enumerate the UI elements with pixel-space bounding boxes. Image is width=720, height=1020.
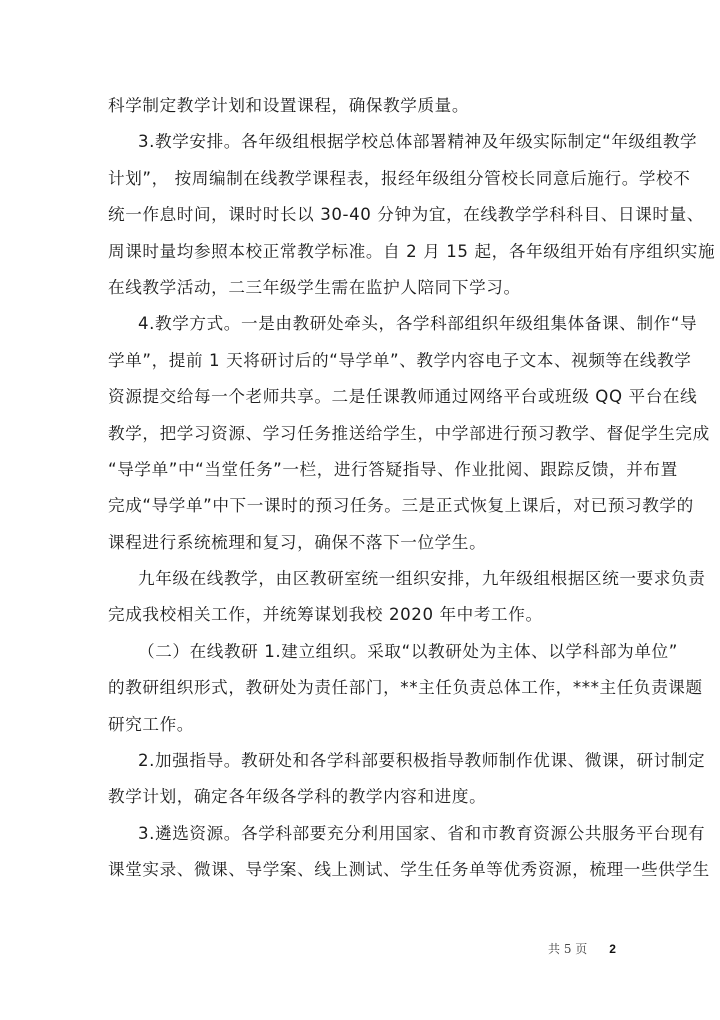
text-line: 3.教学安排。各年级组根据学校总体部署精神及年级实际制定“年级组教学 [108, 124, 580, 160]
text-line: 的教研组织形式，教研处为责任部门，**主任负责总体工作，***主任负责课题 [108, 670, 580, 706]
text-line: 统一作息时间，课时时长以 30-40 分钟为宜，在线教学学科科目、日课时量、 [108, 197, 580, 233]
text-line: 教学计划，确定各年级各学科的教学内容和进度。 [108, 779, 580, 815]
text-line: 科学制定教学计划和设置课程，确保教学质量。 [108, 88, 580, 124]
document-page: 科学制定教学计划和设置课程，确保教学质量。3.教学安排。各年级组根据学校总体部署… [0, 0, 720, 1020]
text-line: 教学，把学习资源、学习任务推送给学生，中学部进行预习教学、督促学生完成 [108, 416, 580, 452]
text-line: 课程进行系统梳理和复习，确保不落下一位学生。 [108, 525, 580, 561]
text-line: 2.加强指导。教研处和各学科部要积极指导教师制作优课、微课，研讨制定 [108, 743, 580, 779]
text-line: 资源提交给每一个老师共享。二是任课教师通过网络平台或班级 QQ 平台在线 [108, 379, 580, 415]
text-line: 4.教学方式。一是由教研处牵头，各学科部组织年级组集体备课、制作“导 [108, 306, 580, 342]
text-line: 计划”， 按周编制在线教学课程表，报经年级组分管校长同意后施行。学校不 [108, 161, 580, 197]
text-line: 完成我校相关工作，并统筹谋划我校 2020 年中考工作。 [108, 597, 580, 633]
page-footer: 共 5 页2 [548, 940, 616, 957]
text-line: 课堂实录、微课、导学案、线上测试、学生任务单等优秀资源，梳理一些供学生 [108, 852, 580, 888]
current-page-number: 2 [609, 942, 616, 956]
text-line: 3.遴选资源。各学科部要充分利用国家、省和市教育资源公共服务平台现有 [108, 816, 580, 852]
text-line: （二）在线教研 1.建立组织。采取“以教研处为主体、以学科部为单位” [108, 634, 580, 670]
text-line: “导学单”中“当堂任务”一栏，进行答疑指导、作业批阅、跟踪反馈，并布置 [108, 452, 580, 488]
text-line: 九年级在线教学，由区教研室统一组织安排，九年级组根据区统一要求负责 [108, 561, 580, 597]
text-line: 完成“导学单”中下一课时的预习任务。三是正式恢复上课后，对已预习教学的 [108, 488, 580, 524]
text-line: 周课时量均参照本校正常教学标准。自 2 月 15 起，各年级组开始有序组织实施 [108, 234, 580, 270]
text-line: 研究工作。 [108, 707, 580, 743]
text-line: 学单”，提前 1 天将研讨后的“导学单”、教学内容电子文本、视频等在线教学 [108, 343, 580, 379]
text-line: 在线教学活动，二三年级学生需在监护人陪同下学习。 [108, 270, 580, 306]
total-pages-label: 共 5 页 [548, 942, 587, 956]
document-body: 科学制定教学计划和设置课程，确保教学质量。3.教学安排。各年级组根据学校总体部署… [108, 88, 580, 889]
